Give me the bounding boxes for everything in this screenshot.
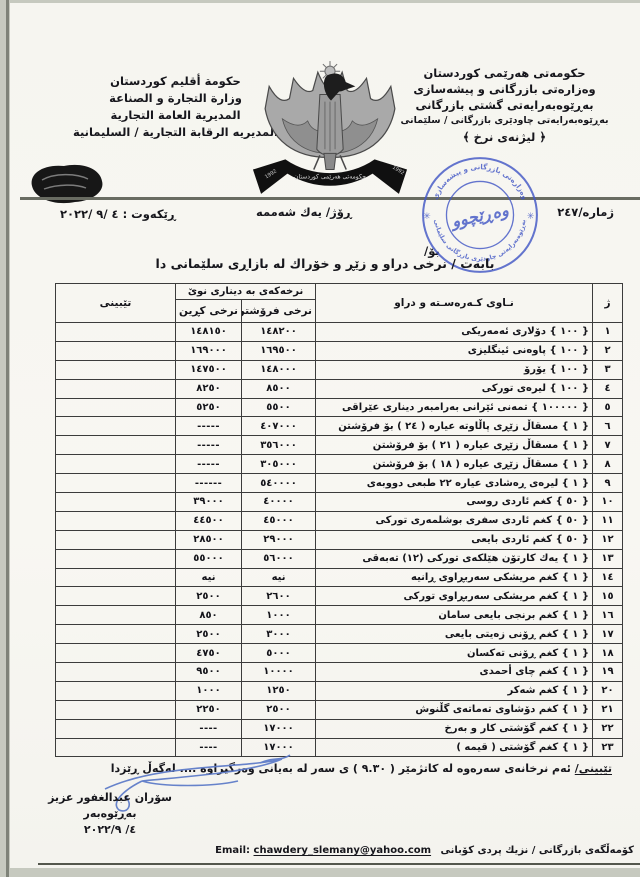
sell-price: ١٦٩٥٠٠ xyxy=(242,341,316,360)
table-row: ٥{ ١٠٠٠٠٠ } تمەنی ئێرانی بەرامبەر دیناری… xyxy=(56,398,623,417)
footer-contact: كۆمەڵگەی بازرگانی / نزیك پردی كۆبانی Ema… xyxy=(215,845,634,856)
table-row: ٧{ ١ } مسقاڵ زێڕی عیارە ( ٢١ ) بۆ فرۆشتن… xyxy=(56,436,623,455)
note xyxy=(56,436,176,455)
note xyxy=(56,700,176,719)
paper: حکومەتی هەرێمی کوردستان وەزارەتی بازرگان… xyxy=(10,3,640,868)
note xyxy=(56,455,176,474)
note xyxy=(56,474,176,493)
row-number: ٣ xyxy=(593,360,623,379)
item-name: { ١٠٠٠٠٠ } تمەنی ئێرانی بەرامبەر دیناری … xyxy=(316,398,593,417)
buy-price: ٢٥٠٠ xyxy=(176,587,242,606)
sell-price: ١٤٨٠٠٠ xyxy=(242,360,316,379)
col-header-sell-price: نرخی فرۆشتن xyxy=(242,300,316,323)
buy-price: ١٤٨١٥٠ xyxy=(176,323,242,342)
item-name: { ١ } لیرەی ڕەشادی عیارە ٢٢ طبعی دووبەی xyxy=(316,474,593,493)
table-row: ١١{ ٥٠ } كغم ئاردی سفری بوشلمەری توركی٤٥… xyxy=(56,511,623,530)
buy-price: ------ xyxy=(176,474,242,493)
buy-price: ٢٨٥٠٠ xyxy=(176,530,242,549)
row-number: ٨ xyxy=(593,455,623,474)
note xyxy=(56,625,176,644)
signer-role: بەڕێوەبەر xyxy=(30,806,190,822)
note xyxy=(56,568,176,587)
footer-divider xyxy=(38,863,640,865)
buy-price: ٢٢٥٠ xyxy=(176,700,242,719)
row-number: ٦ xyxy=(593,417,623,436)
item-name: { ١٠٠ } یۆرۆ xyxy=(316,360,593,379)
emblem-ribbon-text: حکومەتی هەرێمی کوردستان xyxy=(294,174,366,181)
table-row: ٢١{ ١ } كغم دۆشاوی تەماتەی گڵنوش٢٥٠٠٢٢٥٠ xyxy=(56,700,623,719)
table-row: ١{ ١٠٠ } دۆلاری ئەمەریكی١٤٨٢٠٠١٤٨١٥٠ xyxy=(56,323,623,342)
table-row: ٦{ ١ } مسقاڵ زێڕی پاڵاوتە عیارە ( ٢٤ ) ب… xyxy=(56,417,623,436)
buy-price: ١٠٠٠ xyxy=(176,681,242,700)
item-name: { ١ } مسقاڵ زێڕی پاڵاوتە عیارە ( ٢٤ ) بۆ… xyxy=(316,417,593,436)
note xyxy=(56,341,176,360)
buy-price: ٤٤٥٠٠ xyxy=(176,511,242,530)
sell-price: ١٤٨٢٠٠ xyxy=(242,323,316,342)
note xyxy=(56,379,176,398)
item-name: { ١ } یەك كارتۆن هێلكەی توركی (١٢) تەبەق… xyxy=(316,549,593,568)
table-row: ٨{ ١ } مسقاڵ زێڕی عیارە ( ١٨ ) بۆ فرۆشتن… xyxy=(56,455,623,474)
buy-price: ١٤٧٥٠٠ xyxy=(176,360,242,379)
stamp-center-text: وەڕێچوو xyxy=(447,200,511,232)
letterhead-kurdish: حکومەتی هەرێمی کوردستان وەزارەتی بازرگان… xyxy=(377,65,632,145)
sell-price: ٢٥٠٠ xyxy=(242,700,316,719)
col-header-price-group: نرخەكەی بە دیناری نوێ xyxy=(176,284,316,300)
buy-price: ٩٥٠٠ xyxy=(176,663,242,682)
note xyxy=(56,549,176,568)
item-name: { ٥٠ } كغم ئاردی بایعی xyxy=(316,530,593,549)
buy-price: ٨٥٠ xyxy=(176,606,242,625)
row-number: ٧ xyxy=(593,436,623,455)
sell-price: ١٢٥٠ xyxy=(242,681,316,700)
item-name: { ١ } مسقاڵ زێڕی عیارە ( ٢١ ) بۆ فرۆشتن xyxy=(316,436,593,455)
buy-price: ١٦٩٠٠٠ xyxy=(176,341,242,360)
sell-price: ٤٠٧٠٠٠ xyxy=(242,417,316,436)
letterhead-line: بەڕێوەبەرایەتی چاودێری بازرگانی / سلێمان… xyxy=(377,113,632,129)
item-name: { ١ } كغم چای أحمدی xyxy=(316,663,593,682)
buy-price: ٥٥٠٠٠ xyxy=(176,549,242,568)
stamp-star-right-icon: ✳ xyxy=(527,212,535,222)
note xyxy=(56,323,176,342)
table-row: ١٧{ ١ } كغم ڕۆنی زەیتی بایعی٣٠٠٠٢٥٠٠ xyxy=(56,625,623,644)
footer-address: كۆمەڵگەی بازرگانی / نزیك پردی كۆبانی xyxy=(441,845,634,856)
document-title: بابەت / نرخی دراو و زێڕ و خۆراك لە بازاڕ… xyxy=(10,256,640,271)
sell-price: ٤٥٠٠٠ xyxy=(242,511,316,530)
buy-price: ٢٥٠٠ xyxy=(176,625,242,644)
sell-price: ٥٤٠٠٠٠ xyxy=(242,474,316,493)
price-committee-label: ﴿ لیژنەی نرخ ﴾ xyxy=(377,129,632,145)
table-row: ٤{ ١٠٠ } لیرەی توركی٨٥٠٠٨٢٥٠ xyxy=(56,379,623,398)
note xyxy=(56,511,176,530)
email-label: Email: xyxy=(215,845,250,856)
sell-price: ٥٠٠٠ xyxy=(242,644,316,663)
note xyxy=(56,417,176,436)
item-name: { ١ } كغم ڕۆنی زەیتی بایعی xyxy=(316,625,593,644)
row-number: ١١ xyxy=(593,511,623,530)
header-divider xyxy=(20,197,640,200)
sell-price: ٤٠٠٠٠ xyxy=(242,493,316,512)
sell-price: نیە xyxy=(242,568,316,587)
row-number: ٩ xyxy=(593,474,623,493)
day-label: ڕۆژ/ یەك شەممە xyxy=(256,205,352,219)
buy-price: نیە xyxy=(176,568,242,587)
buy-price: ٥٢٥٠ xyxy=(176,398,242,417)
note xyxy=(56,719,176,738)
item-name: { ٥٠ } كغم ئاردی سفری بوشلمەری توركی xyxy=(316,511,593,530)
note xyxy=(56,398,176,417)
scan-left-edge xyxy=(6,0,9,877)
col-header-buy-price: نرخی كڕین xyxy=(176,300,242,323)
price-table-header: ژ نـاوی كـەرەسـتە و دراو نرخەكەی بە دینا… xyxy=(56,284,623,323)
buy-price: ٤٧٥٠ xyxy=(176,644,242,663)
kurdistan-eagle-emblem-icon: حکومەتی هەرێمی کوردستان 1992 1992 xyxy=(248,56,412,203)
sell-price: ٢٦٠٠ xyxy=(242,587,316,606)
table-row: ١٢{ ٥٠ } كغم ئاردی بایعی٢٩٠٠٠٢٨٥٠٠ xyxy=(56,530,623,549)
table-row: ٢٢{ ١ } كغم گۆشتی كار و بەرخ١٧٠٠٠---- xyxy=(56,719,623,738)
row-number: ١٣ xyxy=(593,549,623,568)
sell-price: ٣٥٦٠٠٠ xyxy=(242,436,316,455)
sell-price: ٨٥٠٠ xyxy=(242,379,316,398)
signer-name: سۆران عبدالغفور عزیز xyxy=(30,790,190,806)
sell-price: ١٠٠٠ xyxy=(242,606,316,625)
sell-price: ١٧٠٠٠ xyxy=(242,719,316,738)
table-row: ٢٠{ ١ } كغم شەكر١٢٥٠١٠٠٠ xyxy=(56,681,623,700)
buy-price: ---- xyxy=(176,719,242,738)
stamp-star-left-icon: ✳ xyxy=(423,212,431,222)
row-number: ١٨ xyxy=(593,644,623,663)
note xyxy=(56,663,176,682)
note xyxy=(56,681,176,700)
footer-email: Email: chawdery_slemany@yahoo.com xyxy=(215,845,431,856)
letterhead-line: حکومەتی هەرێمی کوردستان xyxy=(377,65,632,81)
sell-price: ٥٦٠٠٠ xyxy=(242,549,316,568)
table-row: ٢{ ١٠٠ } پاوەنی ئینگلیزی١٦٩٥٠٠١٦٩٠٠٠ xyxy=(56,341,623,360)
row-number: ٢٢ xyxy=(593,719,623,738)
row-number: ١٥ xyxy=(593,587,623,606)
price-table: ژ نـاوی كـەرەسـتە و دراو نرخەكەی بە دینا… xyxy=(55,283,623,757)
row-number: ٤ xyxy=(593,379,623,398)
table-row: ١٩{ ١ } كغم چای أحمدی١٠٠٠٠٩٥٠٠ xyxy=(56,663,623,682)
item-name: { ١٠٠ } لیرەی توركی xyxy=(316,379,593,398)
row-number: ١٠ xyxy=(593,493,623,512)
ref-number: ژمارە/٢٤٧ xyxy=(557,205,614,219)
buy-price: ----- xyxy=(176,417,242,436)
col-header-number: ژ xyxy=(593,284,623,323)
sell-price: ٣٠٠٠ xyxy=(242,625,316,644)
sell-price: ٣٠٥٠٠٠ xyxy=(242,455,316,474)
table-row: ٩{ ١ } لیرەی ڕەشادی عیارە ٢٢ طبعی دووبەی… xyxy=(56,474,623,493)
table-row: ١٥{ ١ } كغم مریشكی سەربڕاوی توركی٢٦٠٠٢٥٠… xyxy=(56,587,623,606)
row-number: ٢١ xyxy=(593,700,623,719)
col-header-item-name: نـاوی كـەرەسـتە و دراو xyxy=(316,284,593,323)
item-name: { ١ } كغم ڕۆنی تەكسان xyxy=(316,644,593,663)
table-row: ١٣{ ١ } یەك كارتۆن هێلكەی توركی (١٢) تەب… xyxy=(56,549,623,568)
row-number: ٢ xyxy=(593,341,623,360)
row-number: ١٧ xyxy=(593,625,623,644)
table-row: ٣{ ١٠٠ } یۆرۆ١٤٨٠٠٠١٤٧٥٠٠ xyxy=(56,360,623,379)
item-name: { ١ } كغم گۆشتی كار و بەرخ xyxy=(316,719,593,738)
note xyxy=(56,493,176,512)
note xyxy=(56,587,176,606)
row-number: ١٩ xyxy=(593,663,623,682)
note xyxy=(56,644,176,663)
table-row: ١٦{ ١ } كغم برنجی بایعی سامان١٠٠٠٨٥٠ xyxy=(56,606,623,625)
item-name: { ١٠٠ } دۆلاری ئەمەریكی xyxy=(316,323,593,342)
letterhead-line: وەزارەتی بازرگانی و پیشەسازی xyxy=(377,81,632,97)
buy-price: ٣٩٠٠٠ xyxy=(176,493,242,512)
table-row: ١٨{ ١ } كغم ڕۆنی تەكسان٥٠٠٠٤٧٥٠ xyxy=(56,644,623,663)
table-row: ١٤{ ١ } كغم مریشكی سەربڕاوی ڕانیەنیەنیە xyxy=(56,568,623,587)
scanned-price-list-document: { "header_right": { "l1": "حکومەتی هەرێم… xyxy=(0,0,640,877)
date-label: ڕێكەوت : ٤ /٩ /٢٠٢٢ xyxy=(60,207,176,221)
row-number: ١٤ xyxy=(593,568,623,587)
buy-price: ٨٢٥٠ xyxy=(176,379,242,398)
item-name: { ١ } كغم دۆشاوی تەماتەی گڵنوش xyxy=(316,700,593,719)
buy-price: ----- xyxy=(176,436,242,455)
table-row: ١٠{ ٥٠ } كغم ئاردی روسی٤٠٠٠٠٣٩٠٠٠ xyxy=(56,493,623,512)
row-number: ١ xyxy=(593,323,623,342)
item-name: { ١ } كغم برنجی بایعی سامان xyxy=(316,606,593,625)
item-name: { ١ } كغم مریشكی سەربڕاوی توركی xyxy=(316,587,593,606)
price-table-body: ١{ ١٠٠ } دۆلاری ئەمەریكی١٤٨٢٠٠١٤٨١٥٠٢{ ١… xyxy=(56,323,623,757)
row-number: ٢٠ xyxy=(593,681,623,700)
row-number: ١٦ xyxy=(593,606,623,625)
buy-price: ----- xyxy=(176,455,242,474)
note xyxy=(56,606,176,625)
email-address: chawdery_slemany@yahoo.com xyxy=(254,845,432,856)
item-name: { ١ } كغم شەكر xyxy=(316,681,593,700)
sell-price: ٢٩٠٠٠ xyxy=(242,530,316,549)
row-number: ١٢ xyxy=(593,530,623,549)
note xyxy=(56,360,176,379)
signer-date: ٤/ ٢٠٢٢/٩ xyxy=(30,822,190,838)
col-header-note: تێبینی xyxy=(56,284,176,323)
item-name: { ١ } مسقاڵ زێڕی عیارە ( ١٨ ) بۆ فرۆشتن xyxy=(316,455,593,474)
item-name: { ٥٠ } كغم ئاردی روسی xyxy=(316,493,593,512)
sell-price: ١٠٠٠٠ xyxy=(242,663,316,682)
item-name: { ١٠٠ } پاوەنی ئینگلیزی xyxy=(316,341,593,360)
item-name: { ١ } كغم مریشكی سەربڕاوی ڕانیە xyxy=(316,568,593,587)
signer-block: سۆران عبدالغفور عزیز بەڕێوەبەر ٤/ ٢٠٢٢/٩ xyxy=(30,790,190,838)
letterhead-line: بەڕێوەبەرایەتی گشتی بازرگانی xyxy=(377,97,632,113)
row-number: ٥ xyxy=(593,398,623,417)
sell-price: ٥٥٠٠ xyxy=(242,398,316,417)
note xyxy=(56,530,176,549)
